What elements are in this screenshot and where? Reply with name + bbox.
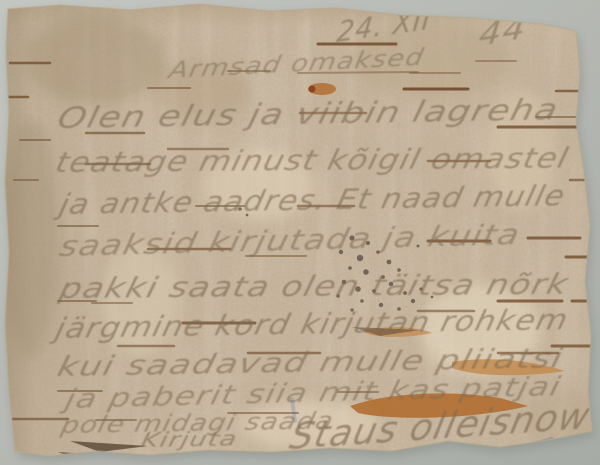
handwriting-line-5: pakki saata olen täitsa nõrk: [55, 268, 573, 305]
handwriting-closing: Kirjuta: [139, 427, 240, 452]
letter-photo-canvas: 24. XII 44 Armsad omaksed Olen elus ja v…: [0, 0, 600, 465]
photo-of-birch-bark-letter: 24. XII 44 Armsad omaksed Olen elus ja v…: [0, 0, 600, 465]
birch-bark-sheet: 24. XII 44 Armsad omaksed Olen elus ja v…: [0, 0, 600, 465]
handwriting-line-2: teatage minust kõigil omastel: [52, 142, 572, 179]
